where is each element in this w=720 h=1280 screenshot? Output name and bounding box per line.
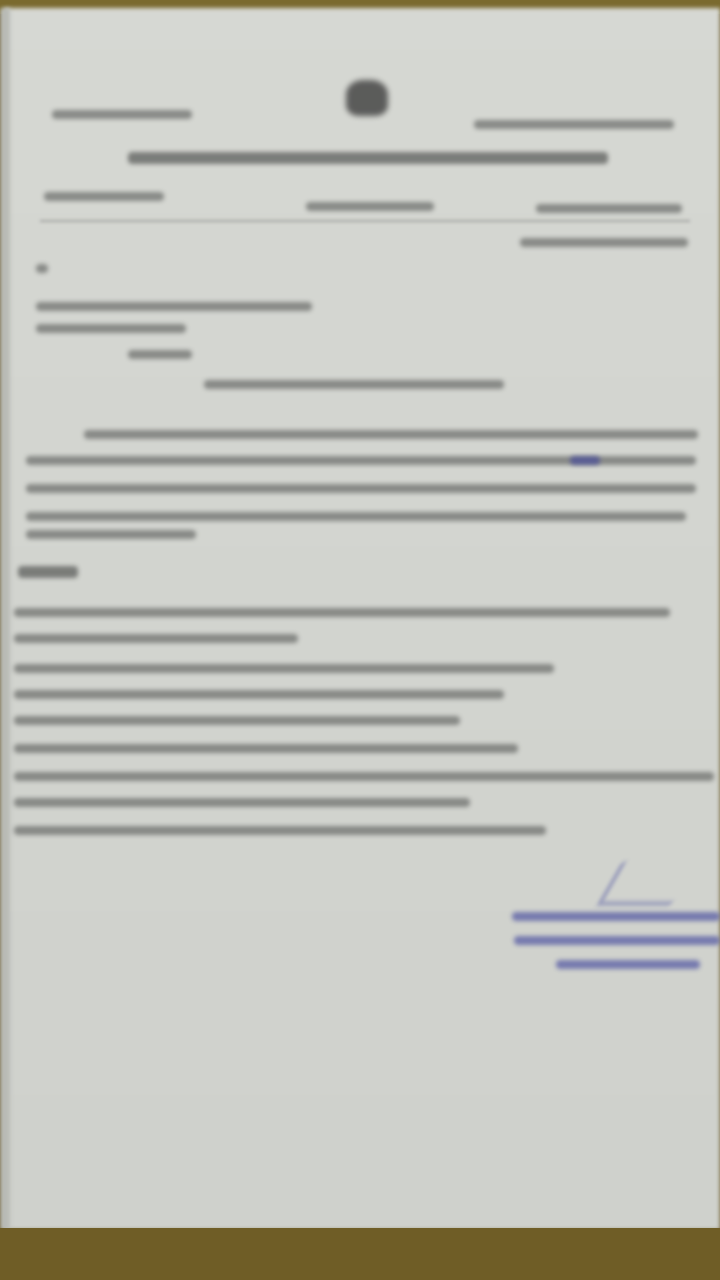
signature-block-line: [illegible] <box>514 936 720 945</box>
list-item: [illegible] <box>14 608 670 617</box>
list-heading: [illegible] <box>18 566 78 578</box>
list-item: [illegible] <box>14 744 518 753</box>
signature-block-line: [illegible] <box>556 960 700 969</box>
body-line <box>26 530 196 539</box>
addressee-line: [illegible] <box>128 350 192 359</box>
body-line <box>26 512 686 521</box>
list-item: [illegible] <box>14 664 554 673</box>
header-right-ref: [illegible] <box>474 120 674 129</box>
header-subline-center: [illegible] <box>306 202 434 211</box>
body-line <box>26 484 696 493</box>
list-item: [illegible] <box>14 798 470 807</box>
addressee-line: [illegible] <box>36 324 186 333</box>
header-subline-left: [illegible] <box>44 192 164 201</box>
header-subline-right: [illegible] <box>536 204 682 213</box>
letter-title: [illegible Kannada heading] <box>128 152 608 164</box>
list-item: [illegible] <box>14 634 298 643</box>
letter-date: [illegible] <box>520 238 688 247</box>
list-item: [illegible] <box>14 826 546 835</box>
state-emblem-icon <box>346 80 388 116</box>
to-label <box>36 264 48 273</box>
handwritten-mark <box>570 456 600 465</box>
list-item: [illegible] <box>14 716 460 725</box>
background-surface-bottom <box>0 1228 720 1280</box>
header-divider <box>40 220 690 222</box>
list-item: [illegible] <box>14 772 714 781</box>
body-line: [illegible paragraph, 4 lines] <box>84 430 698 439</box>
addressee-line: [illegible] <box>36 302 312 311</box>
paper-edge <box>0 8 10 1230</box>
subject-line: [illegible] <box>204 380 504 389</box>
signature-block-line: [illegible] <box>512 912 720 921</box>
list-item: [illegible] <box>14 690 504 699</box>
header-left-ref: [illegible] <box>52 110 192 119</box>
